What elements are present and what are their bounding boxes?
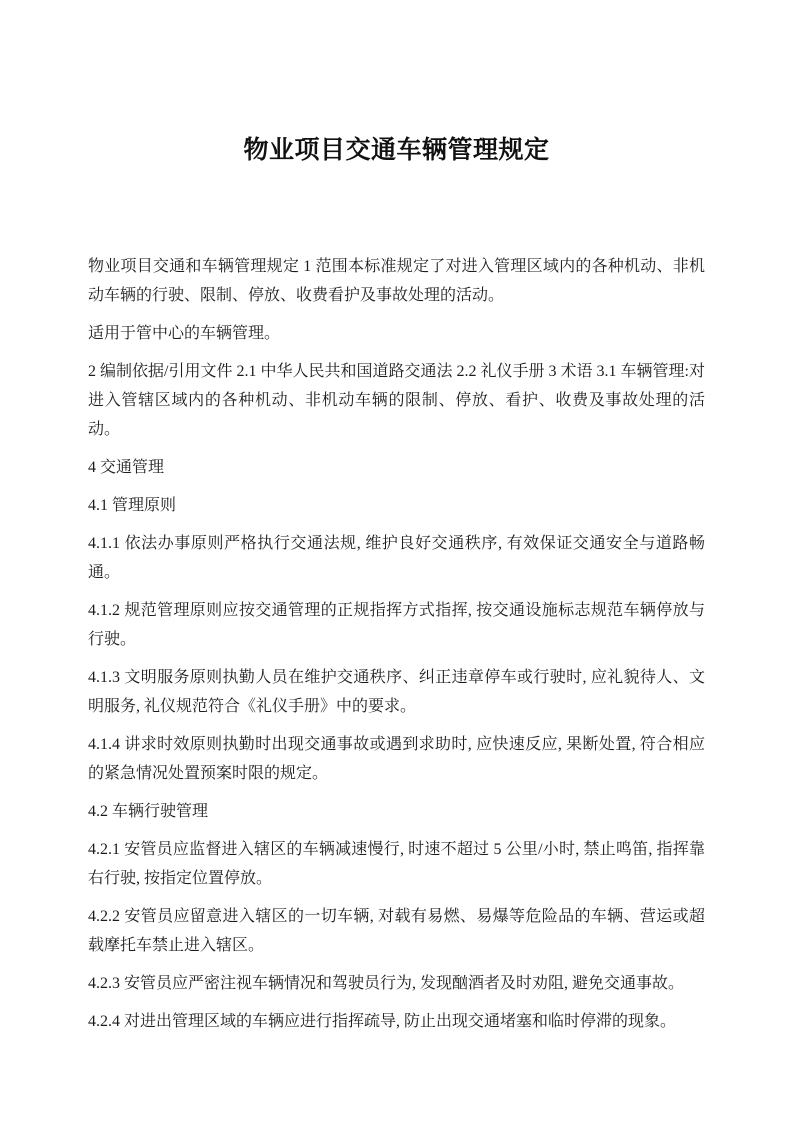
paragraph: 4.2.3 安管员应严密注视车辆情况和驾驶员行为, 发现酗酒者及时劝阻, 避免交… (88, 969, 705, 998)
paragraph: 4.1.2 规范管理原则应按交通管理的正规指挥方式指挥, 按交通设施标志规范车辆… (88, 596, 705, 654)
paragraph: 适用于管中心的车辆管理。 (88, 319, 705, 348)
paragraph: 4.1.4 讲求时效原则执勤时出现交通事故或遇到求助时, 应快速反应, 果断处置… (88, 730, 705, 788)
paragraph: 4.2.1 安管员应监督进入辖区的车辆减速慢行, 时速不超过 5 公里/小时, … (88, 835, 705, 893)
paragraph: 4.2.2 安管员应留意进入辖区的一切车辆, 对载有易燃、易爆等危险品的车辆、营… (88, 902, 705, 960)
document-page: 物业项目交通车辆管理规定 物业项目交通和车辆管理规定 1 范围本标准规定了对进入… (0, 0, 793, 1122)
paragraph: 4 交通管理 (88, 453, 705, 482)
paragraph: 4.1.3 文明服务原则执勤人员在维护交通秩序、纠正违章停车或行驶时, 应礼貌待… (88, 663, 705, 721)
document-title: 物业项目交通车辆管理规定 (88, 132, 705, 168)
paragraph: 2 编制依据/引用文件 2.1 中华人民共和国道路交通法 2.2 礼仪手册 3 … (88, 357, 705, 444)
paragraph: 4.2.4 对进出管理区域的车辆应进行指挥疏导, 防止出现交通堵塞和临时停滞的现… (88, 1007, 705, 1036)
paragraph: 4.1.1 依法办事原则严格执行交通法规, 维护良好交通秩序, 有效保证交通安全… (88, 529, 705, 587)
paragraph: 物业项目交通和车辆管理规定 1 范围本标准规定了对进入管理区域内的各种机动、非机… (88, 252, 705, 310)
paragraph: 4.2 车辆行驶管理 (88, 797, 705, 826)
paragraph: 4.1 管理原则 (88, 491, 705, 520)
